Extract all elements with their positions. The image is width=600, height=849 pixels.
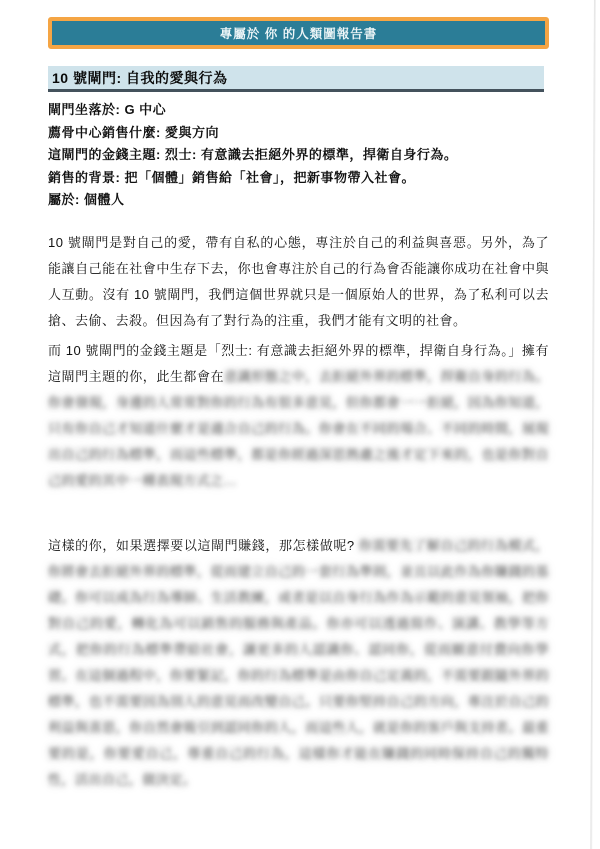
section-title: 10 號閘門: 自我的愛與行為 <box>52 68 228 88</box>
report-banner: 專屬於 你 的人類圖報告書 <box>48 17 549 49</box>
banner-title: 專屬於 你 的人類圖報告書 <box>220 24 377 42</box>
gate-metadata: 閘門坐落於: G 中心 薦骨中心銷售什麼: 愛與方向 這閘門的金錢主題: 烈士:… <box>48 99 549 212</box>
meta-line-belongs-to: 屬於: 個體人 <box>48 189 549 212</box>
meta-line-center-sells: 薦骨中心銷售什麼: 愛與方向 <box>48 122 549 145</box>
paragraph-money-theme: 而 10 號閘門的金錢主題是「烈士: 有意識去拒絕外界的標準，捍衛自身行為。」擁… <box>48 338 549 494</box>
paragraph-lead-text: 這樣的你，如果選擇要以這閘門賺錢，那怎樣做呢? <box>48 538 359 553</box>
meta-line-gate-center: 閘門坐落於: G 中心 <box>48 99 549 122</box>
redacted-text: 你需要先了解自己的行為模式，你將會去拒絕外界的標準，從而建立自己的一套行為準則，… <box>48 538 549 787</box>
redacted-text: 意識形態之中，去拒絕外界的標準，捍衛自身的行為。你會發現，身邊的人常常對你的行為… <box>48 369 549 488</box>
paragraph-text: 10 號閘門是對自己的愛，帶有自私的心態，專注於自己的利益與喜惡。另外，為了能讓… <box>48 235 549 328</box>
paragraph-how-to-earn: 這樣的你，如果選擇要以這閘門賺錢，那怎樣做呢? 你需要先了解自己的行為模式，你將… <box>48 533 549 793</box>
meta-line-sales-context: 銷售的背景: 把「個體」銷售給「社會」，把新事物帶入社會。 <box>48 167 549 190</box>
page-edge <box>590 0 596 849</box>
paragraph-gate-description: 10 號閘門是對自己的愛，帶有自私的心態，專注於自己的利益與喜惡。另外，為了能讓… <box>48 230 549 334</box>
meta-line-money-theme: 這閘門的金錢主題: 烈士: 有意識去拒絕外界的標準，捍衛自身行為。 <box>48 144 549 167</box>
section-title-bar: 10 號閘門: 自我的愛與行為 <box>48 66 544 92</box>
